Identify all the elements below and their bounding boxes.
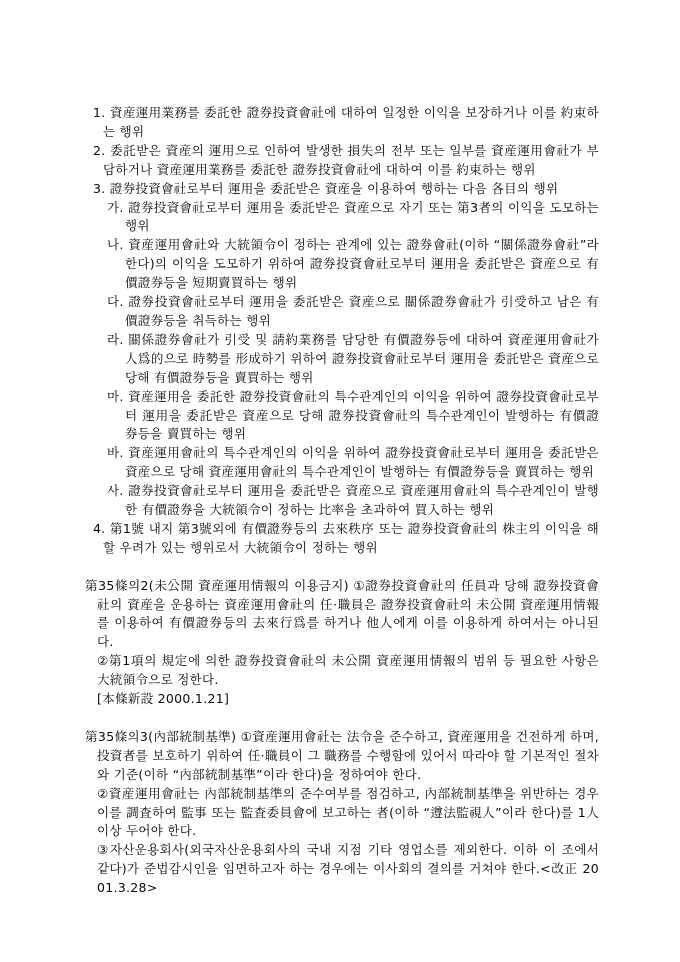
paragraph: [本條新設 2000.1.21]: [85, 690, 599, 709]
paragraph: ③자산운용회사(외국자산운용회사의 국내 지점 기타 영업소를 제외한다. 이하…: [85, 841, 599, 898]
paragraph: 3. 證券投資會社로부터 運用을 委託받은 資産을 이용하여 행하는 다음 各目…: [85, 180, 599, 199]
paragraph: 가. 證券投資會社로부터 運用을 委託받은 資産으로 자기 또는 第3者의 이익…: [85, 199, 599, 237]
paragraph: 1. 資産運用業務를 委託한 證券投資會社에 대하여 일정한 이익을 보장하거나…: [85, 104, 599, 142]
paragraph: 라. 關係證券會社가 引受 및 請約業務를 담당한 有價證券등에 대하여 資産運…: [85, 331, 599, 388]
paragraph: 마. 資産運用을 委託한 證券投資會社의 특수관계인의 이익을 위하여 證券投資…: [85, 388, 599, 445]
paragraph: ②第1項의 規定에 의한 證券投資會社의 未公開 資産運用情報의 범위 등 필요…: [85, 652, 599, 690]
paragraph: 2. 委託받은 資産의 運用으로 인하여 발생한 損失의 전부 또는 일부를 資…: [85, 142, 599, 180]
document-page: 1. 資産運用業務를 委託한 證券投資會社에 대하여 일정한 이익을 보장하거나…: [0, 0, 680, 962]
paragraph: ②資産運用會社는 內部統制基準의 준수여부를 점검하고, 內部統制基準을 위반하…: [85, 785, 599, 842]
paragraph-gap: [85, 709, 599, 728]
paragraph: 바. 資産運用會社의 특수관계인의 이익을 위하여 證券投資會社로부터 運用을 …: [85, 444, 599, 482]
paragraph: 사. 證券投資會社로부터 運用을 委託받은 資産으로 資産運用會社의 특수관계인…: [85, 482, 599, 520]
paragraph-gap: [85, 558, 599, 577]
document-body: 1. 資産運用業務를 委託한 證券投資會社에 대하여 일정한 이익을 보장하거나…: [85, 104, 599, 898]
paragraph: 다. 證券投資會社로부터 運用을 委託받은 資産으로 關係證券會社가 引受하고 …: [85, 293, 599, 331]
paragraph: 第35條의3(內部統制基準) ①資産運用會社는 法令을 준수하고, 資産運用을 …: [85, 728, 599, 785]
paragraph: 4. 第1號 내지 第3號외에 有價證券등의 去來秩序 또는 證券投資會社의 株…: [85, 520, 599, 558]
paragraph: 第35條의2(未公開 資産運用情報의 이용금지) ①證券投資會社의 任員과 당해…: [85, 577, 599, 653]
paragraph: 나. 資産運用會社와 大統領令이 정하는 관계에 있는 證券會社(이하 “關係證…: [85, 236, 599, 293]
